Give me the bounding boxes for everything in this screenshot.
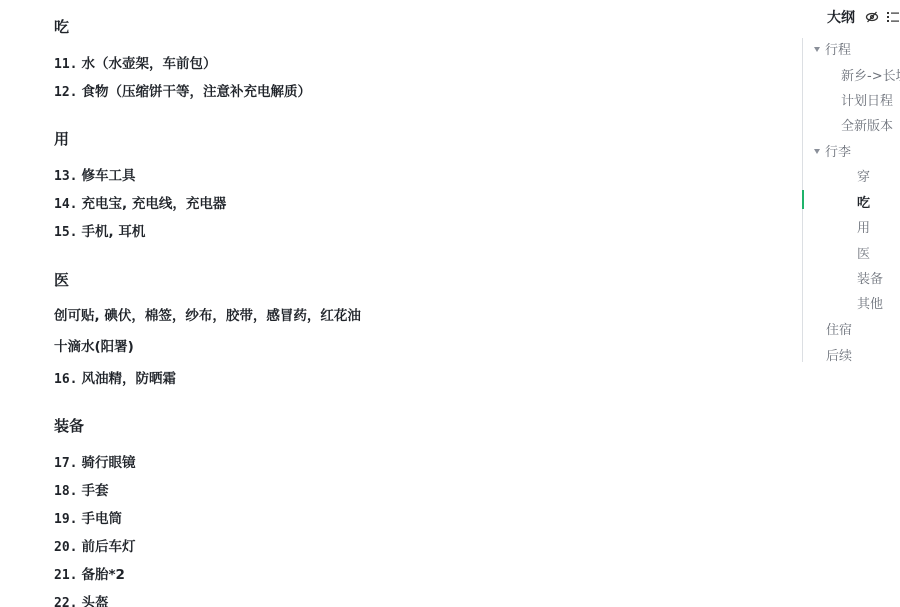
paragraph: 创可贴, 碘伏，棉签，纱布，胶带，感冒药，红花油	[54, 304, 361, 324]
outline-item-lodging[interactable]: 住宿	[826, 319, 852, 338]
caret-down-icon[interactable]	[814, 47, 820, 52]
list-text: 头盔	[81, 595, 108, 607]
list-item: 14.充电宝, 充电线，充电器	[54, 192, 226, 212]
list-text: 手机, 耳机	[81, 224, 145, 240]
outline-item-followup[interactable]: 后续	[826, 345, 852, 364]
list-number: 14.	[54, 197, 77, 212]
outline-item-itinerary[interactable]: 行程	[814, 39, 851, 58]
heading-equipment: 装备	[54, 415, 84, 436]
list-item: 19.手电筒	[54, 507, 122, 527]
outline-item-new-version[interactable]: 全新版本	[841, 115, 893, 134]
outline-item-equipment[interactable]: 装备	[857, 268, 883, 287]
list-number: 22.	[54, 596, 77, 607]
list-number: 16.	[54, 372, 77, 387]
list-item: 20.前后车灯	[54, 535, 135, 555]
outline-panel: 大纲 行程 新乡->长垣 计划日程 全新版本 行李 穿 吃 用 医 装备 其他 …	[802, 0, 900, 607]
list-number: 15.	[54, 225, 77, 240]
outline-item-use[interactable]: 用	[857, 217, 870, 236]
list-number: 19.	[54, 512, 77, 527]
list-text: 备胎*2	[81, 567, 124, 583]
list-text: 手电筒	[81, 511, 122, 527]
outline-title: 大纲	[827, 7, 855, 27]
list-text: 前后车灯	[81, 539, 135, 555]
list-number: 11.	[54, 57, 77, 72]
list-text: 修车工具	[81, 168, 135, 184]
list-item: 16.风油精，防晒霜	[54, 367, 176, 387]
heading-eat: 吃	[54, 16, 69, 37]
list-icon[interactable]	[887, 11, 899, 23]
outline-item-eat[interactable]: 吃	[857, 192, 870, 211]
list-item: 17.骑行眼镜	[54, 451, 135, 471]
list-item: 11.水（水壶架，车前包）	[54, 52, 216, 72]
paragraph: 十滴水(阳署)	[54, 335, 134, 355]
list-number: 12.	[54, 85, 77, 100]
list-item: 15.手机, 耳机	[54, 220, 145, 240]
list-item: 18.手套	[54, 479, 108, 499]
outline-item-luggage[interactable]: 行李	[814, 141, 851, 160]
caret-down-icon[interactable]	[814, 149, 820, 154]
list-item: 22.头盔	[54, 591, 108, 607]
list-number: 20.	[54, 540, 77, 555]
heading-medical: 医	[54, 269, 69, 290]
list-text: 食物（压缩饼干等，注意补充电解质）	[81, 84, 311, 100]
list-number: 18.	[54, 484, 77, 499]
list-item: 13.修车工具	[54, 164, 135, 184]
outline-item-route[interactable]: 新乡->长垣	[841, 65, 900, 84]
list-text: 骑行眼镜	[81, 455, 135, 471]
heading-use: 用	[54, 128, 69, 149]
outline-item-schedule[interactable]: 计划日程	[841, 90, 893, 109]
outline-item-wear[interactable]: 穿	[857, 166, 870, 185]
eye-off-icon[interactable]	[865, 11, 879, 23]
list-text: 手套	[81, 483, 108, 499]
outline-item-other[interactable]: 其他	[857, 293, 883, 312]
list-item: 12.食物（压缩饼干等，注意补充电解质）	[54, 80, 311, 100]
list-text: 风油精，防晒霜	[81, 371, 176, 387]
list-number: 13.	[54, 169, 77, 184]
list-item: 21.备胎*2	[54, 563, 125, 583]
list-number: 21.	[54, 568, 77, 583]
list-text: 水（水壶架，车前包）	[81, 56, 216, 72]
outline-active-marker	[802, 190, 804, 209]
outline-item-medical[interactable]: 医	[857, 243, 870, 262]
list-number: 17.	[54, 456, 77, 471]
outline-header: 大纲	[827, 7, 899, 27]
list-text: 充电宝, 充电线，充电器	[81, 196, 226, 212]
